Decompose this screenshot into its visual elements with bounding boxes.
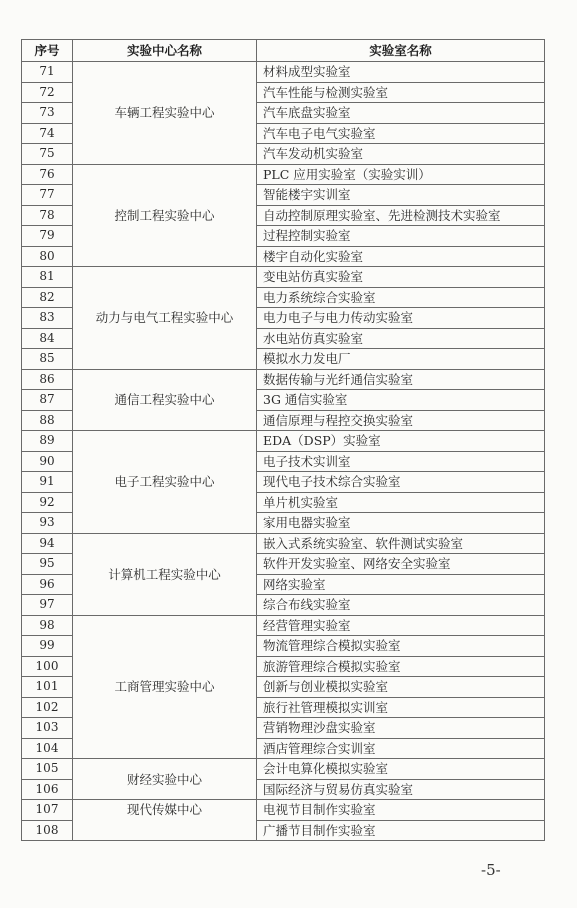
laboratory-name: 电视节目制作实验室 [257,800,545,821]
row-number: 89 [22,431,73,452]
row-number: 103 [22,718,73,739]
laboratory-name: 汽车发动机实验室 [257,144,545,165]
table-row: 94计算机工程实验中心嵌入式系统实验室、软件测试实验室 [22,533,545,554]
header-number: 序号 [22,40,73,62]
experiment-center-name: 工商管理实验中心 [73,615,257,759]
row-number: 99 [22,636,73,657]
table-row: 98工商管理实验中心经营管理实验室 [22,615,545,636]
laboratory-name: 变电站仿真实验室 [257,267,545,288]
experiment-center-name: 计算机工程实验中心 [73,533,257,615]
row-number: 100 [22,656,73,677]
row-number: 83 [22,308,73,329]
laboratory-name: 物流管理综合模拟实验室 [257,636,545,657]
laboratory-name: 通信原理与程控交换实验室 [257,410,545,431]
row-number: 84 [22,328,73,349]
row-number: 93 [22,513,73,534]
laboratory-name: 国际经济与贸易仿真实验室 [257,779,545,800]
laboratory-name: 3G 通信实验室 [257,390,545,411]
laboratory-name: PLC 应用实验室（实验实训） [257,164,545,185]
row-number: 74 [22,123,73,144]
page-number: -5- [481,861,501,879]
row-number: 79 [22,226,73,247]
laboratory-name: 综合布线实验室 [257,595,545,616]
laboratory-name: 网络实验室 [257,574,545,595]
row-number: 102 [22,697,73,718]
laboratory-name: 电力系统综合实验室 [257,287,545,308]
experiment-center-name: 电子工程实验中心 [73,431,257,534]
row-number: 107 [22,800,73,821]
row-number: 85 [22,349,73,370]
table-row: 105财经实验中心会计电算化模拟实验室 [22,759,545,780]
laboratory-name: EDA（DSP）实验室 [257,431,545,452]
row-number: 98 [22,615,73,636]
laboratory-name: 广播节目制作实验室 [257,820,545,841]
experiment-center-name: 动力与电气工程实验中心 [73,267,257,370]
table-row: 76控制工程实验中心PLC 应用实验室（实验实训） [22,164,545,185]
row-number: 94 [22,533,73,554]
table-row: 107现代传媒中心电视节目制作实验室 [22,800,545,821]
row-number: 97 [22,595,73,616]
laboratory-name: 创新与创业模拟实验室 [257,677,545,698]
laboratory-name: 材料成型实验室 [257,62,545,83]
laboratory-name: 酒店管理综合实训室 [257,738,545,759]
laboratory-name: 模拟水力发电厂 [257,349,545,370]
laboratory-name: 经营管理实验室 [257,615,545,636]
laboratory-name: 软件开发实验室、网络安全实验室 [257,554,545,575]
row-number: 95 [22,554,73,575]
table-row: 86通信工程实验中心数据传输与光纤通信实验室 [22,369,545,390]
experiment-center-name: 控制工程实验中心 [73,164,257,267]
laboratory-name: 旅行社管理模拟实训室 [257,697,545,718]
row-number: 72 [22,82,73,103]
laboratory-name: 营销物理沙盘实验室 [257,718,545,739]
row-number: 81 [22,267,73,288]
table-row: 89电子工程实验中心EDA（DSP）实验室 [22,431,545,452]
laboratory-name: 电子技术实训室 [257,451,545,472]
row-number: 104 [22,738,73,759]
laboratory-name: 嵌入式系统实验室、软件测试实验室 [257,533,545,554]
row-number: 86 [22,369,73,390]
laboratory-name: 电力电子与电力传动实验室 [257,308,545,329]
row-number: 91 [22,472,73,493]
row-number: 88 [22,410,73,431]
row-number: 82 [22,287,73,308]
experiment-center-name: 财经实验中心 [73,759,257,800]
row-number: 96 [22,574,73,595]
header-lab-name: 实验室名称 [257,40,545,62]
experiment-center-name: 通信工程实验中心 [73,369,257,431]
experiment-center-name: 现代传媒中心 [73,800,257,841]
row-number: 77 [22,185,73,206]
row-number: 71 [22,62,73,83]
table-header-row: 序号 实验中心名称 实验室名称 [22,40,545,62]
row-number: 80 [22,246,73,267]
laboratory-name: 旅游管理综合模拟实验室 [257,656,545,677]
table-row: 71车辆工程实验中心材料成型实验室 [22,62,545,83]
header-center-name: 实验中心名称 [73,40,257,62]
row-number: 105 [22,759,73,780]
laboratory-name: 汽车性能与检测实验室 [257,82,545,103]
laboratory-name: 家用电器实验室 [257,513,545,534]
row-number: 92 [22,492,73,513]
row-number: 78 [22,205,73,226]
table-body: 71车辆工程实验中心材料成型实验室72汽车性能与检测实验室73汽车底盘实验室74… [22,62,545,841]
experiment-center-name: 车辆工程实验中心 [73,62,257,165]
laboratory-name: 会计电算化模拟实验室 [257,759,545,780]
row-number: 101 [22,677,73,698]
laboratory-table: 序号 实验中心名称 实验室名称 71车辆工程实验中心材料成型实验室72汽车性能与… [21,39,545,841]
laboratory-name: 汽车底盘实验室 [257,103,545,124]
laboratory-name: 水电站仿真实验室 [257,328,545,349]
table-row: 81动力与电气工程实验中心变电站仿真实验室 [22,267,545,288]
row-number: 73 [22,103,73,124]
laboratory-name: 现代电子技术综合实验室 [257,472,545,493]
laboratory-name: 楼宇自动化实验室 [257,246,545,267]
laboratory-name: 自动控制原理实验室、先进检测技术实验室 [257,205,545,226]
row-number: 106 [22,779,73,800]
row-number: 76 [22,164,73,185]
row-number: 108 [22,820,73,841]
laboratory-name: 数据传输与光纤通信实验室 [257,369,545,390]
row-number: 75 [22,144,73,165]
laboratory-name: 过程控制实验室 [257,226,545,247]
laboratory-name: 汽车电子电气实验室 [257,123,545,144]
row-number: 87 [22,390,73,411]
row-number: 90 [22,451,73,472]
laboratory-name: 智能楼宇实训室 [257,185,545,206]
laboratory-name: 单片机实验室 [257,492,545,513]
